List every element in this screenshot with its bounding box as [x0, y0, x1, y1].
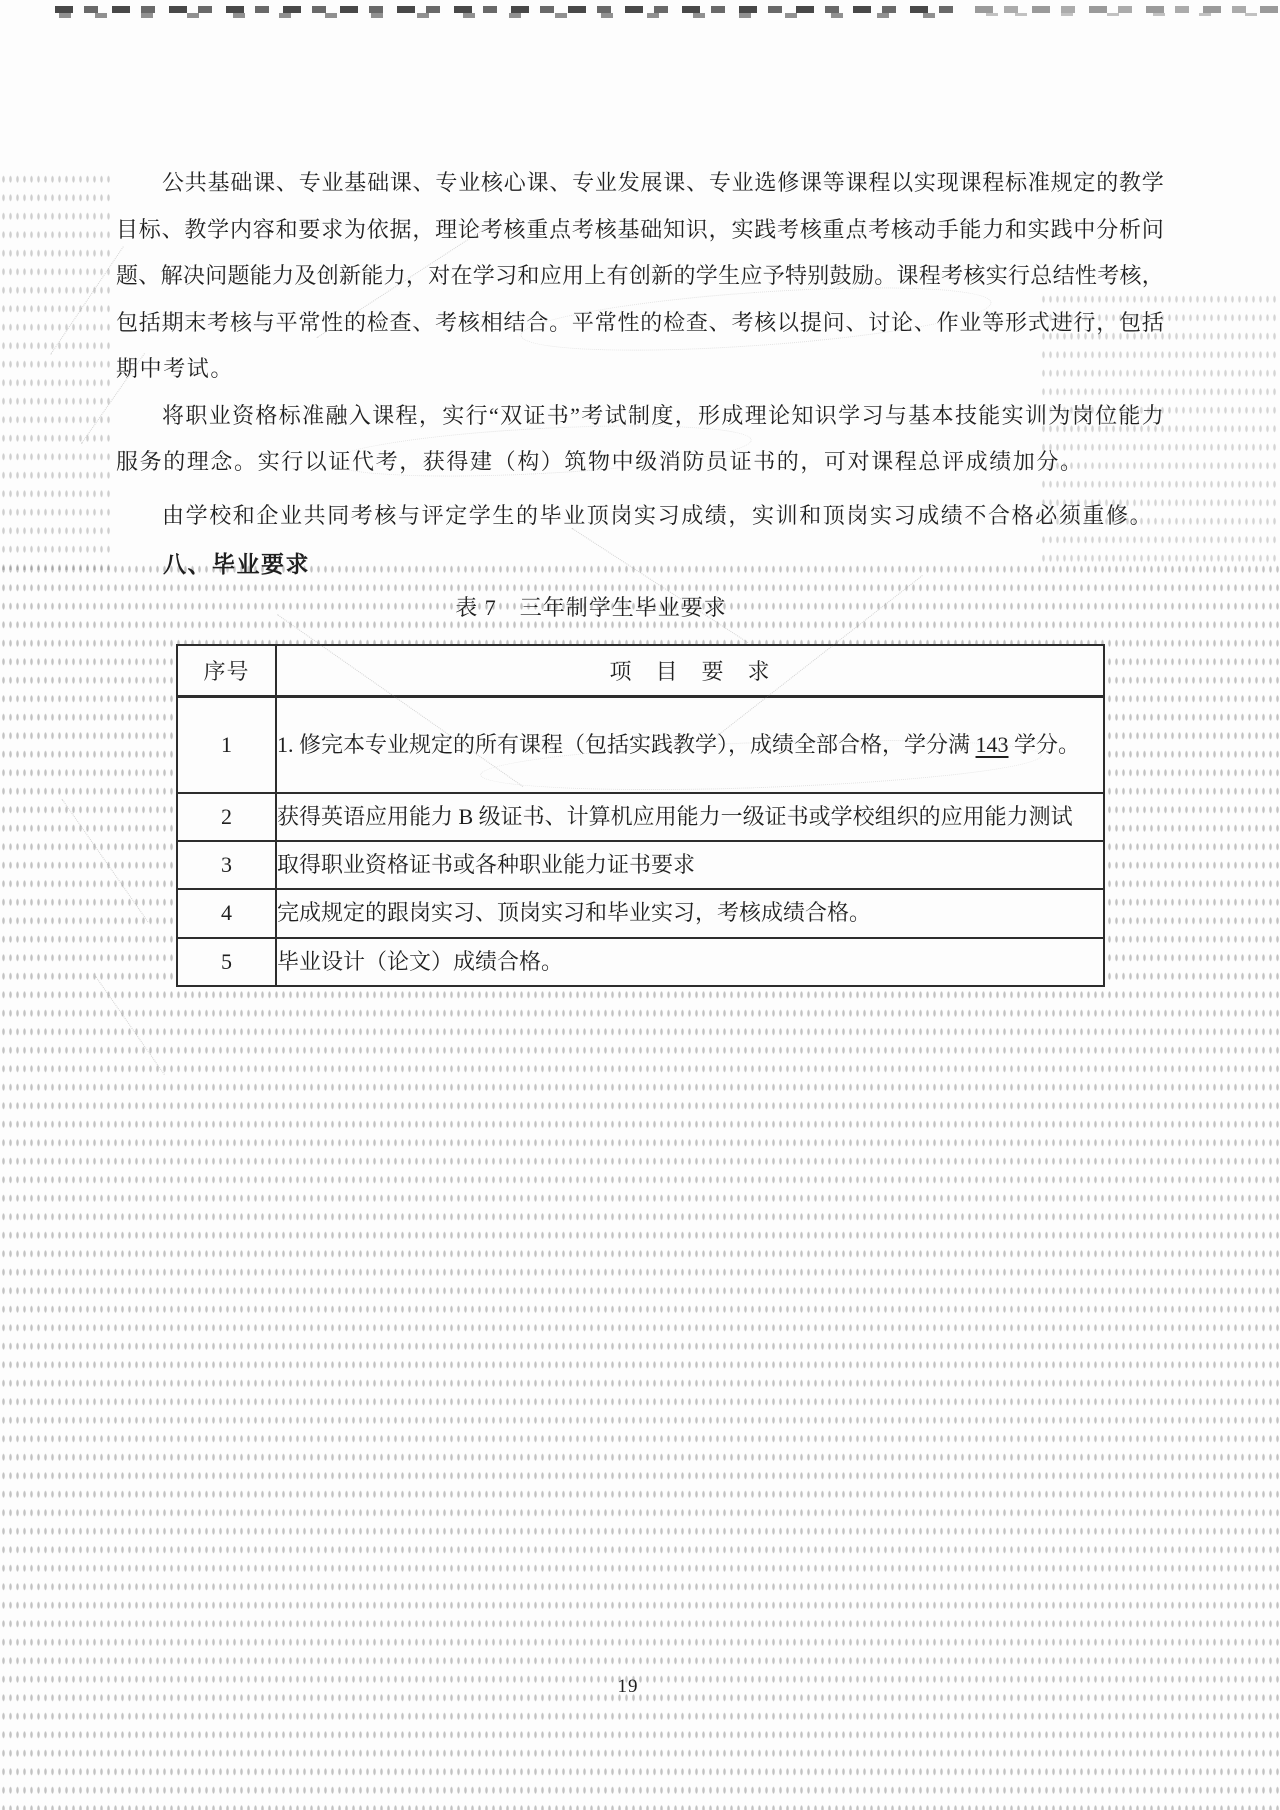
paragraph-line: 服务的理念。实行以证代考，获得建（构）筑物中级消防员证书的，可对课程总评成绩加分… [116, 439, 1164, 486]
paragraph-line: 公共基础课、专业基础课、专业核心课、专业发展课、专业选修课等课程以实现课程标准规… [116, 160, 1164, 207]
table-row: 3 取得职业资格证书或各种职业能力证书要求 [177, 841, 1104, 889]
table-caption: 表 7 三年制学生毕业要求 [116, 591, 1066, 622]
paragraph-internship-grading: 由学校和企业共同考核与评定学生的毕业顶岗实习成绩，实训和顶岗实习成绩不合格必须重… [116, 493, 1164, 540]
column-header-requirement: 项 目 要 求 [276, 645, 1104, 697]
paragraph-line: 题、解决问题能力及创新能力，对在学习和应用上有创新的学生应予特别鼓励。课程考核实… [116, 253, 1164, 300]
requirement-text: 学分。 [1009, 732, 1081, 757]
paragraph-line: 期中考试。 [116, 346, 1164, 393]
dotted-lines-left-margin [0, 170, 112, 570]
scan-streak [50, 246, 124, 354]
requirement-text: 1. 修完本专业规定的所有课程（包括实践教学），成绩全部合格，学分满 [277, 732, 976, 757]
row-number-cell: 4 [177, 889, 276, 938]
paragraph-line: 目标、教学内容和要求为依据，理论考核重点考核基础知识，实践考核重点考核动手能力和… [116, 207, 1164, 254]
row-number-cell: 2 [177, 793, 276, 841]
row-number-cell: 1 [177, 697, 276, 793]
scan-streak [62, 799, 149, 922]
scan-streak [95, 976, 165, 1075]
table-row: 1 1. 修完本专业规定的所有课程（包括实践教学），成绩全部合格，学分满 143… [177, 697, 1104, 793]
table-header-row: 序号 项 目 要 求 [177, 645, 1104, 697]
requirement-cell: 完成规定的跟岗实习、顶岗实习和毕业实习，考核成绩合格。 [276, 889, 1104, 938]
paragraph-line: 将职业资格标准融入课程，实行“双证书”考试制度，形成理论知识学习与基本技能实训为… [116, 393, 1164, 440]
paragraph-dual-certificate: 将职业资格标准融入课程，实行“双证书”考试制度，形成理论知识学习与基本技能实训为… [116, 393, 1164, 486]
table-row: 2 获得英语应用能力 B 级证书、计算机应用能力一级证书或学校组织的应用能力测试 [177, 793, 1104, 841]
table-row: 5 毕业设计（论文）成绩合格。 [177, 938, 1104, 986]
paragraph-line: 包括期末考核与平常性的检查、考核相结合。平常性的检查、考核以提问、讨论、作业等形… [116, 300, 1164, 347]
page-number: 19 [0, 1676, 1268, 1698]
requirement-cell: 取得职业资格证书或各种职业能力证书要求 [276, 841, 1104, 889]
body-text: 公共基础课、专业基础课、专业核心课、专业发展课、专业选修课等课程以实现课程标准规… [116, 160, 1164, 539]
column-header-number: 序号 [177, 645, 276, 697]
row-number-cell: 3 [177, 841, 276, 889]
graduation-requirements-table-wrapper: 序号 项 目 要 求 1 1. 修完本专业规定的所有课程（包括实践教学），成绩全… [176, 644, 1105, 987]
section-heading: 八、毕业要求 [163, 546, 310, 579]
scan-noise-top-edge-right [975, 6, 1280, 16]
scanned-document-page: 公共基础课、专业基础课、专业核心课、专业发展课、专业选修课等课程以实现课程标准规… [0, 0, 1280, 1810]
paragraph-line: 由学校和企业共同考核与评定学生的毕业顶岗实习成绩，实训和顶岗实习成绩不合格必须重… [116, 493, 1164, 540]
paragraph-course-assessment: 公共基础课、专业基础课、专业核心课、专业发展课、专业选修课等课程以实现课程标准规… [116, 160, 1164, 393]
scan-noise-top-edge [55, 6, 965, 20]
graduation-requirements-table: 序号 项 目 要 求 1 1. 修完本专业规定的所有课程（包括实践教学），成绩全… [176, 644, 1105, 987]
requirement-cell: 1. 修完本专业规定的所有课程（包括实践教学），成绩全部合格，学分满 143 学… [276, 697, 1104, 793]
credit-value-underlined: 143 [976, 732, 1009, 757]
requirement-cell: 获得英语应用能力 B 级证书、计算机应用能力一级证书或学校组织的应用能力测试 [276, 793, 1104, 841]
scan-streak [572, 528, 749, 643]
table-row: 4 完成规定的跟岗实习、顶岗实习和毕业实习，考核成绩合格。 [177, 889, 1104, 938]
requirement-cell: 毕业设计（论文）成绩合格。 [276, 938, 1104, 986]
row-number-cell: 5 [177, 938, 276, 986]
